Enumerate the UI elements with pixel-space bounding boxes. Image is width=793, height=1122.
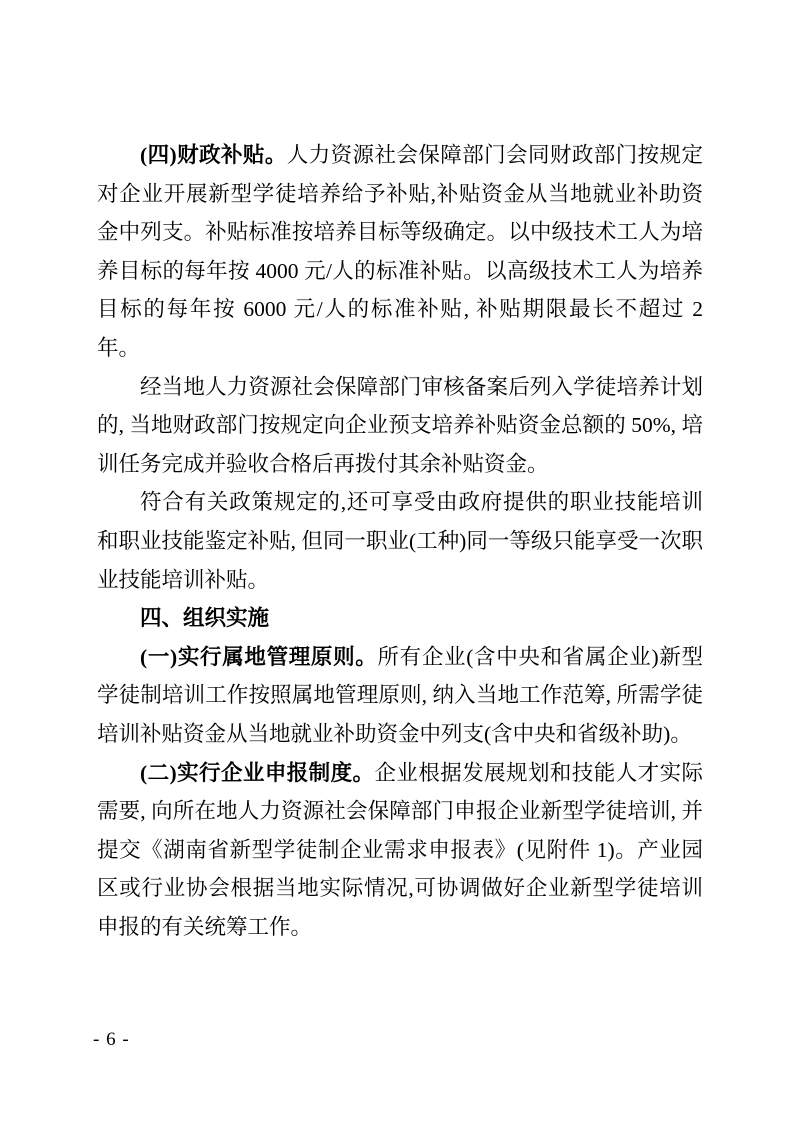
paragraph-lead-territorial-management: (一)实行属地管理原则。 [140, 645, 377, 669]
paragraph-policy-eligibility: 符合有关政策规定的,还可享受由政府提供的职业技能培训和职业技能鉴定补贴, 但同一… [97, 483, 703, 599]
paragraph-text-enterprise-application: 企业根据发展规划和技能人才实际需要, 向所在地人力资源社会保障部门申报企业新型学… [97, 761, 703, 939]
document-page: (四)财政补贴。人力资源社会保障部门会同财政部门按规定对企业开展新型学徒培养给予… [0, 0, 793, 1122]
document-body: (四)财政补贴。人力资源社会保障部门会同财政部门按规定对企业开展新型学徒培养给予… [97, 136, 703, 946]
section-heading-organization: 四、组织实施 [97, 599, 703, 638]
paragraph-lead-financial-subsidy: (四)财政补贴。 [140, 143, 287, 167]
paragraph-financial-subsidy: (四)财政补贴。人力资源社会保障部门会同财政部门按规定对企业开展新型学徒培养给予… [97, 136, 703, 368]
paragraph-advance-payment: 经当地人力资源社会保障部门审核备案后列入学徒培养计划的, 当地财政部门按规定向企… [97, 368, 703, 484]
paragraph-lead-enterprise-application: (二)实行企业申报制度。 [140, 761, 374, 785]
paragraph-territorial-management: (一)实行属地管理原则。所有企业(含中央和省属企业)新型学徒制培训工作按照属地管… [97, 638, 703, 754]
page-number: - 6 - [93, 1028, 130, 1052]
paragraph-enterprise-application: (二)实行企业申报制度。企业根据发展规划和技能人才实际需要, 向所在地人力资源社… [97, 754, 703, 947]
paragraph-text-financial-subsidy: 人力资源社会保障部门会同财政部门按规定对企业开展新型学徒培养给予补贴,补贴资金从… [97, 143, 703, 360]
